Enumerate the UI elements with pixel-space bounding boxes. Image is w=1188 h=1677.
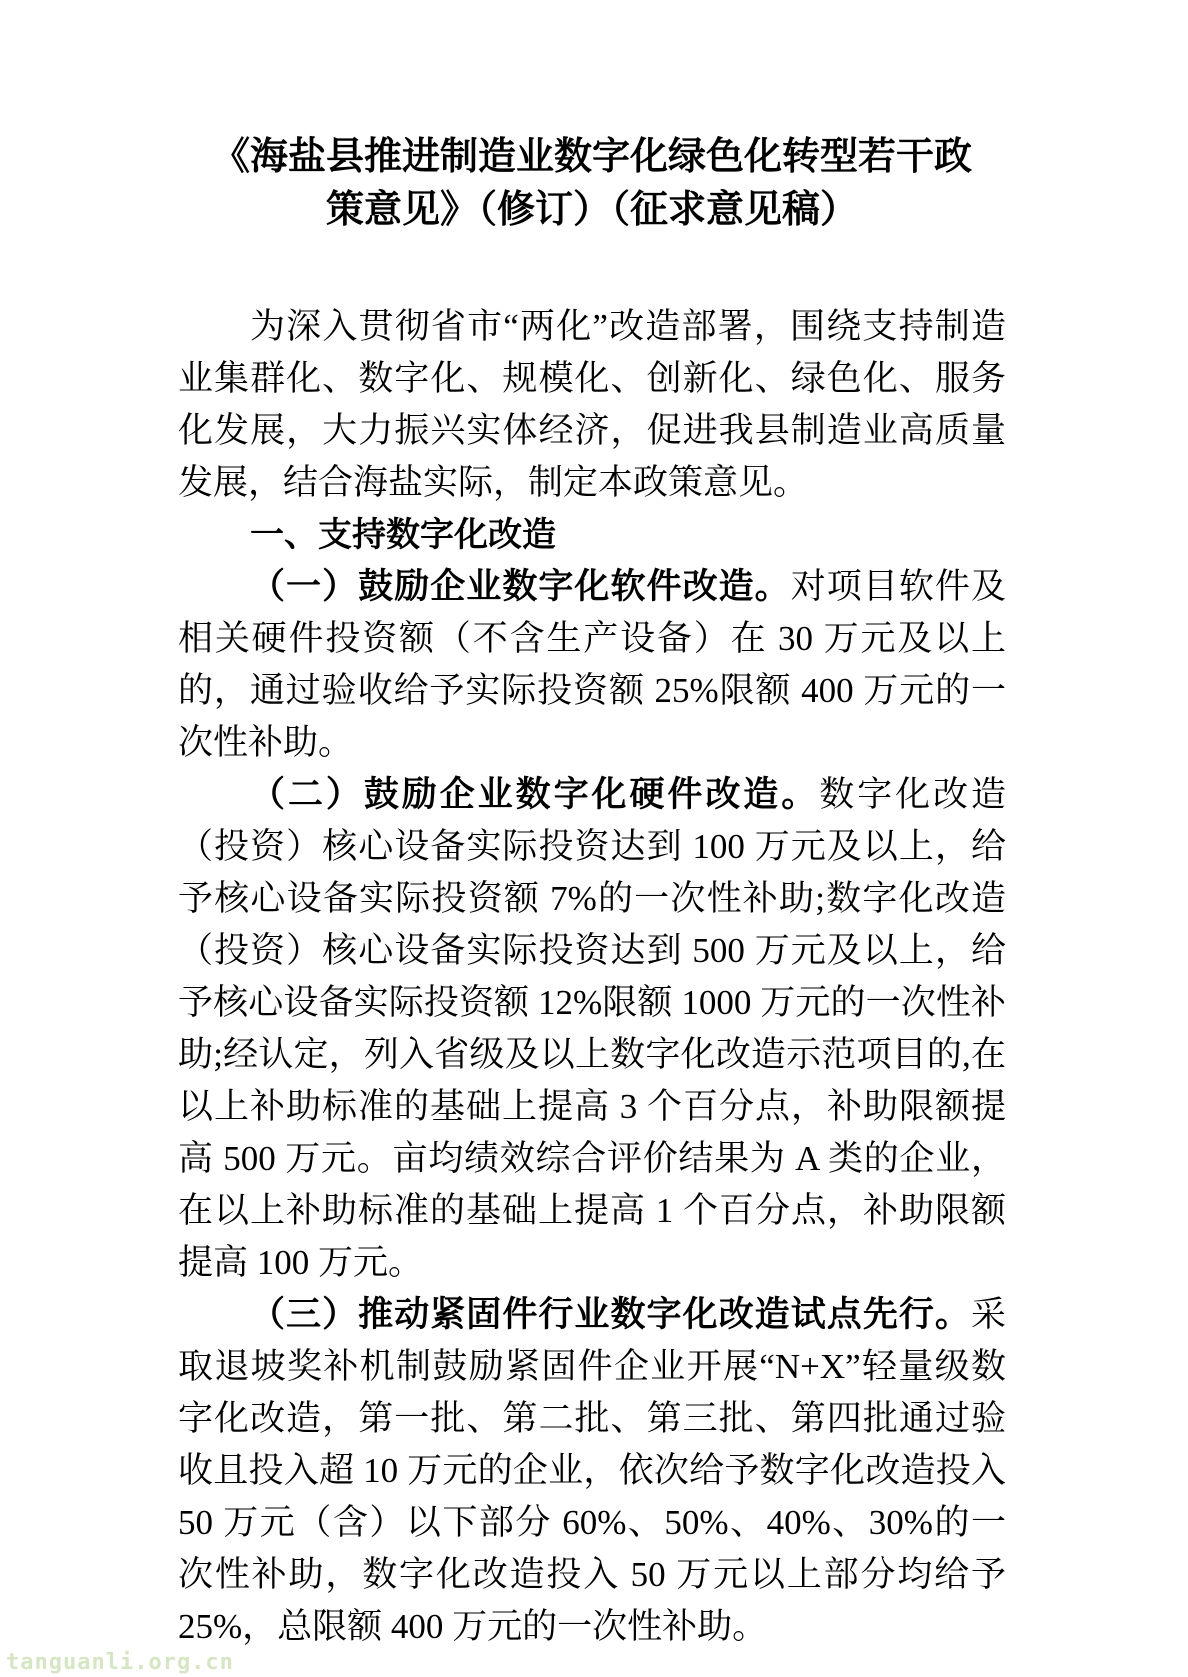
watermark-site-url: tanguanli.org.cn — [6, 1650, 234, 1675]
document-page: 《海盐县推进制造业数字化绿色化转型若干政 策意见》（修订）（征求意见稿） 为深入… — [0, 0, 1188, 1677]
section-heading-digitalization: 一、支持数字化改造 — [178, 509, 1006, 561]
document-title: 《海盐县推进制造业数字化绿色化转型若干政 策意见》（修订）（征求意见稿） — [178, 131, 1006, 237]
clause-3-body: 采取退坡奖补机制鼓励紧固件企业开展“N+X”轻量级数字化改造，第一批、第二批、第… — [178, 1295, 1006, 1646]
clause-paragraph-2: （二）鼓励企业数字化硬件改造。数字化改造（投资）核心设备实际投资达到 100 万… — [178, 769, 1006, 1289]
document-title-line-1: 《海盐县推进制造业数字化绿色化转型若干政 — [178, 131, 1006, 184]
document-body: 为深入贯彻省市“两化”改造部署，围绕支持制造业集群化、数字化、规模化、创新化、绿… — [178, 301, 1006, 1653]
clause-2-lead: （二）鼓励企业数字化硬件改造。 — [250, 775, 819, 814]
clause-1-lead: （一）鼓励企业数字化软件改造。 — [250, 567, 791, 606]
clause-2-body: 数字化改造（投资）核心设备实际投资达到 100 万元及以上，给予核心设备实际投资… — [178, 775, 1006, 1282]
document-content: 《海盐县推进制造业数字化绿色化转型若干政 策意见》（修订）（征求意见稿） 为深入… — [178, 131, 1006, 1653]
clause-paragraph-3: （三）推动紧固件行业数字化改造试点先行。采取退坡奖补机制鼓励紧固件企业开展“N+… — [178, 1289, 1006, 1653]
intro-paragraph: 为深入贯彻省市“两化”改造部署，围绕支持制造业集群化、数字化、规模化、创新化、绿… — [178, 301, 1006, 509]
document-title-line-2: 策意见》（修订）（征求意见稿） — [178, 184, 1006, 237]
clause-paragraph-1: （一）鼓励企业数字化软件改造。对项目软件及相关硬件投资额（不含生产设备）在 30… — [178, 561, 1006, 769]
clause-3-lead: （三）推动紧固件行业数字化改造试点先行。 — [250, 1295, 971, 1334]
